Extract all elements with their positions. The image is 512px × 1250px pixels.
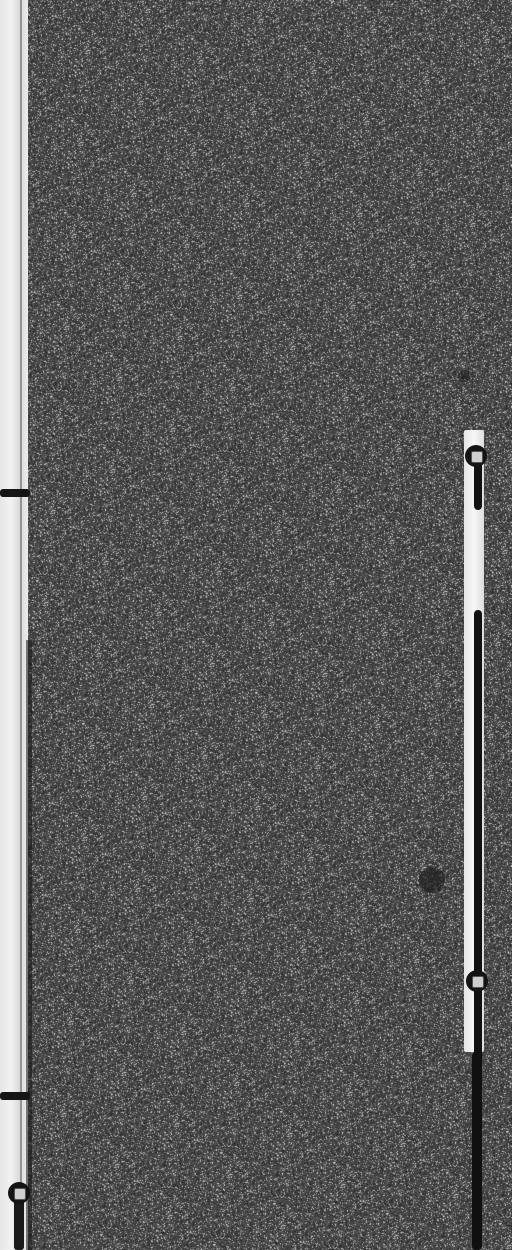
edge-crack-shadow [26,640,32,1250]
raised-pavement-marker-icon [466,970,488,992]
pothole-patch [419,867,445,893]
raised-pavement-marker-icon [8,1182,30,1204]
crack-seal-band [0,489,30,497]
left-edge-line [0,0,28,1250]
asphalt-surface [0,0,512,1250]
crack-seal-band [0,1092,30,1100]
road-scene [0,0,512,1250]
raised-pavement-marker-icon [465,445,487,467]
edge-line-seam [20,0,22,1250]
tar-sealant-strip [472,1052,482,1250]
tar-sealant-strip [14,1200,24,1250]
dark-spot [458,370,470,382]
